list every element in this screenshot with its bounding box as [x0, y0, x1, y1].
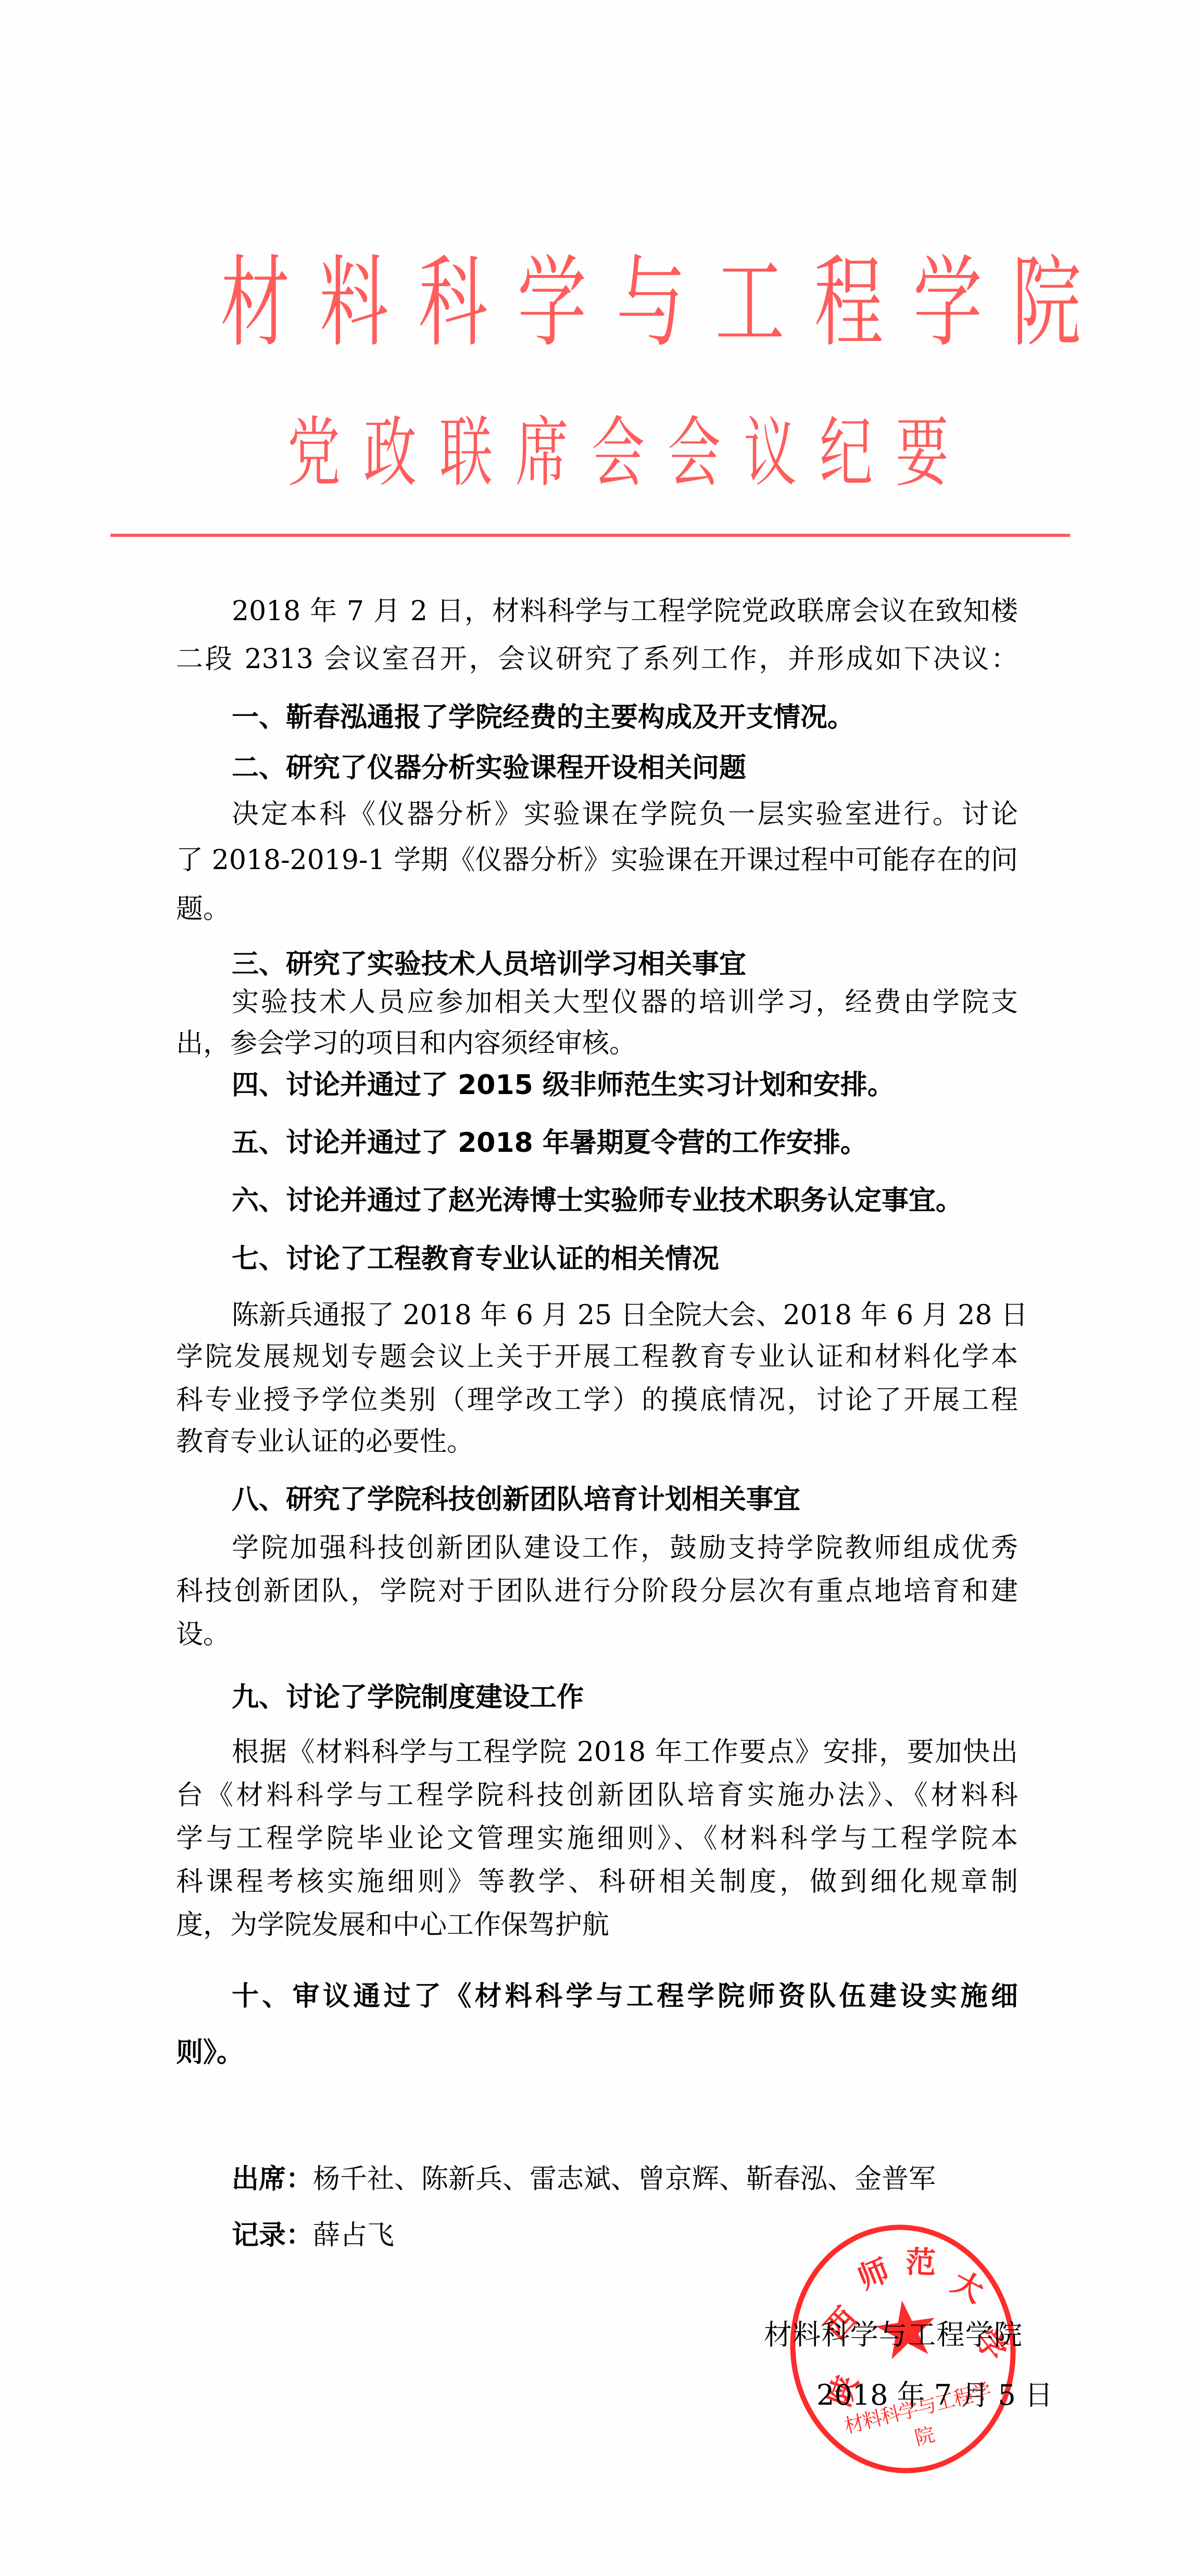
title-char: 学 — [913, 246, 983, 360]
signature-org: 材料科学与工程学院 — [764, 2318, 1022, 2352]
subtitle-char: 席 — [515, 411, 569, 495]
subtitle-char: 纪 — [820, 411, 873, 495]
intro-line: 2018 年 7 月 2 日，材料科学与工程学院党政联席会议在致知楼 — [232, 595, 1018, 628]
item-body-line: 出，参会学习的项目和内容须经审核。 — [176, 1027, 1018, 1060]
item-body-line: 实验技术人员应参加相关大型仪器的培训学习，经费由学院支 — [232, 986, 1018, 1019]
item-body-line: 科专业授予学位类别（理学改工学）的摸底情况，讨论了开展工程 — [176, 1384, 1018, 1417]
document-title: 材 料 科 学 与 工 程 学 院 — [206, 246, 1002, 360]
item-body-line: 根据《材料科学与工程学院 2018 年工作要点》安排，要加快出 — [232, 1736, 1018, 1769]
title-char: 程 — [814, 246, 884, 360]
item-heading-2: 二、研究了仪器分析实验课程开设相关问题 — [232, 751, 746, 785]
title-char: 料 — [320, 246, 389, 360]
seal-char: 大 — [946, 2258, 993, 2310]
item-heading-9: 九、讨论了学院制度建设工作 — [232, 1681, 584, 1714]
item-body-line: 题。 — [176, 893, 1018, 926]
title-char: 材 — [221, 246, 290, 360]
seal-char: 范 — [905, 2238, 937, 2282]
subtitle-char: 联 — [439, 411, 493, 495]
item-heading-7: 七、讨论了工程教育专业认证的相关情况 — [232, 1242, 719, 1276]
title-char: 科 — [419, 246, 488, 360]
item-body-line: 了 2018-2019-1 学期《仪器分析》实验课在开课过程中可能存在的问 — [176, 844, 1018, 877]
attendees-label: 出席： — [232, 2164, 313, 2195]
document-subtitle: 党 政 联 席 会 会 议 纪 要 — [276, 411, 901, 495]
item-body-line: 决定本科《仪器分析》实验课在学院负一层实验室进行。讨论 — [232, 798, 1018, 831]
subtitle-char: 会 — [592, 411, 645, 495]
signature-date: 2018 年 7 月 5 日 — [816, 2379, 1018, 2412]
recorder-name: 薛占飞 — [313, 2220, 394, 2251]
subtitle-char: 要 — [896, 411, 949, 495]
item-heading-10: 十、审议通过了《材料科学与工程学院师资队伍建设实施细 — [232, 1980, 1018, 2013]
item-body-line: 台《材料科学与工程学院科技创新团队培育实施办法》、《材料科 — [176, 1779, 1018, 1812]
subtitle-char: 政 — [363, 411, 417, 495]
item-heading-10-cont: 则》。 — [176, 2036, 244, 2069]
item-body-line: 教育专业认证的必要性。 — [176, 1425, 1018, 1459]
intro-line: 二段 2313 会议室召开，会议研究了系列工作，并形成如下决议： — [176, 643, 1018, 676]
item-heading-6: 六、讨论并通过了赵光涛博士实验师专业技术职务认定事宜。 — [232, 1184, 963, 1217]
recorder-label: 记录： — [232, 2220, 313, 2251]
item-heading-8: 八、研究了学院科技创新团队培育计划相关事宜 — [232, 1483, 800, 1516]
title-char: 工 — [715, 246, 785, 360]
item-body-line: 学院加强科技创新团队建设工作，鼓励支持学院教师组成优秀 — [232, 1531, 1018, 1565]
item-heading-4: 四、讨论并通过了 2015 级非师范生实习计划和安排。 — [232, 1069, 895, 1102]
document-page: 材 料 科 学 与 工 程 学 院 党 政 联 席 会 会 议 纪 要 2018… — [0, 0, 1195, 2576]
item-body-line: 学与工程学院毕业论文管理实施细则》、《材料科学与工程学院本 — [176, 1822, 1018, 1855]
item-body-line: 学院发展规划专题会议上关于开展工程教育专业认证和材料化学本 — [176, 1340, 1018, 1374]
item-heading-5: 五、讨论并通过了 2018 年暑期夏令营的工作安排。 — [232, 1126, 867, 1160]
item-body-line: 科技创新团队，学院对于团队进行分阶段分层次有重点地培育和建 — [176, 1575, 1018, 1608]
subtitle-char: 党 — [287, 411, 341, 495]
title-char: 院 — [1012, 246, 1081, 360]
red-divider — [110, 534, 1070, 537]
attendees-names: 杨千社、陈新兵、雷志斌、曾京辉、靳春泓、金普军 — [313, 2164, 936, 2195]
title-char: 与 — [617, 246, 686, 360]
attendees-row: 出席：杨千社、陈新兵、雷志斌、曾京辉、靳春泓、金普军 — [232, 2163, 936, 2196]
title-char: 学 — [518, 246, 587, 360]
item-body-line: 科课程考核实施细则》等教学、科研相关制度，做到细化规章制 — [176, 1865, 1018, 1899]
item-body-line: 度，为学院发展和中心工作保驾护航 — [176, 1908, 1018, 1942]
item-heading-1: 一、靳春泓通报了学院经费的主要构成及开支情况。 — [232, 701, 854, 734]
recorder-row: 记录：薛占飞 — [232, 2219, 394, 2252]
item-heading-3: 三、研究了实验技术人员培训学习相关事宜 — [232, 948, 746, 981]
subtitle-char: 会 — [668, 411, 721, 495]
subtitle-char: 议 — [744, 411, 797, 495]
item-body-line: 设。 — [176, 1618, 1018, 1651]
item-body-line: 陈新兵通报了 2018 年 6 月 25 日全院大会、2018 年 6 月 28… — [232, 1299, 1018, 1332]
